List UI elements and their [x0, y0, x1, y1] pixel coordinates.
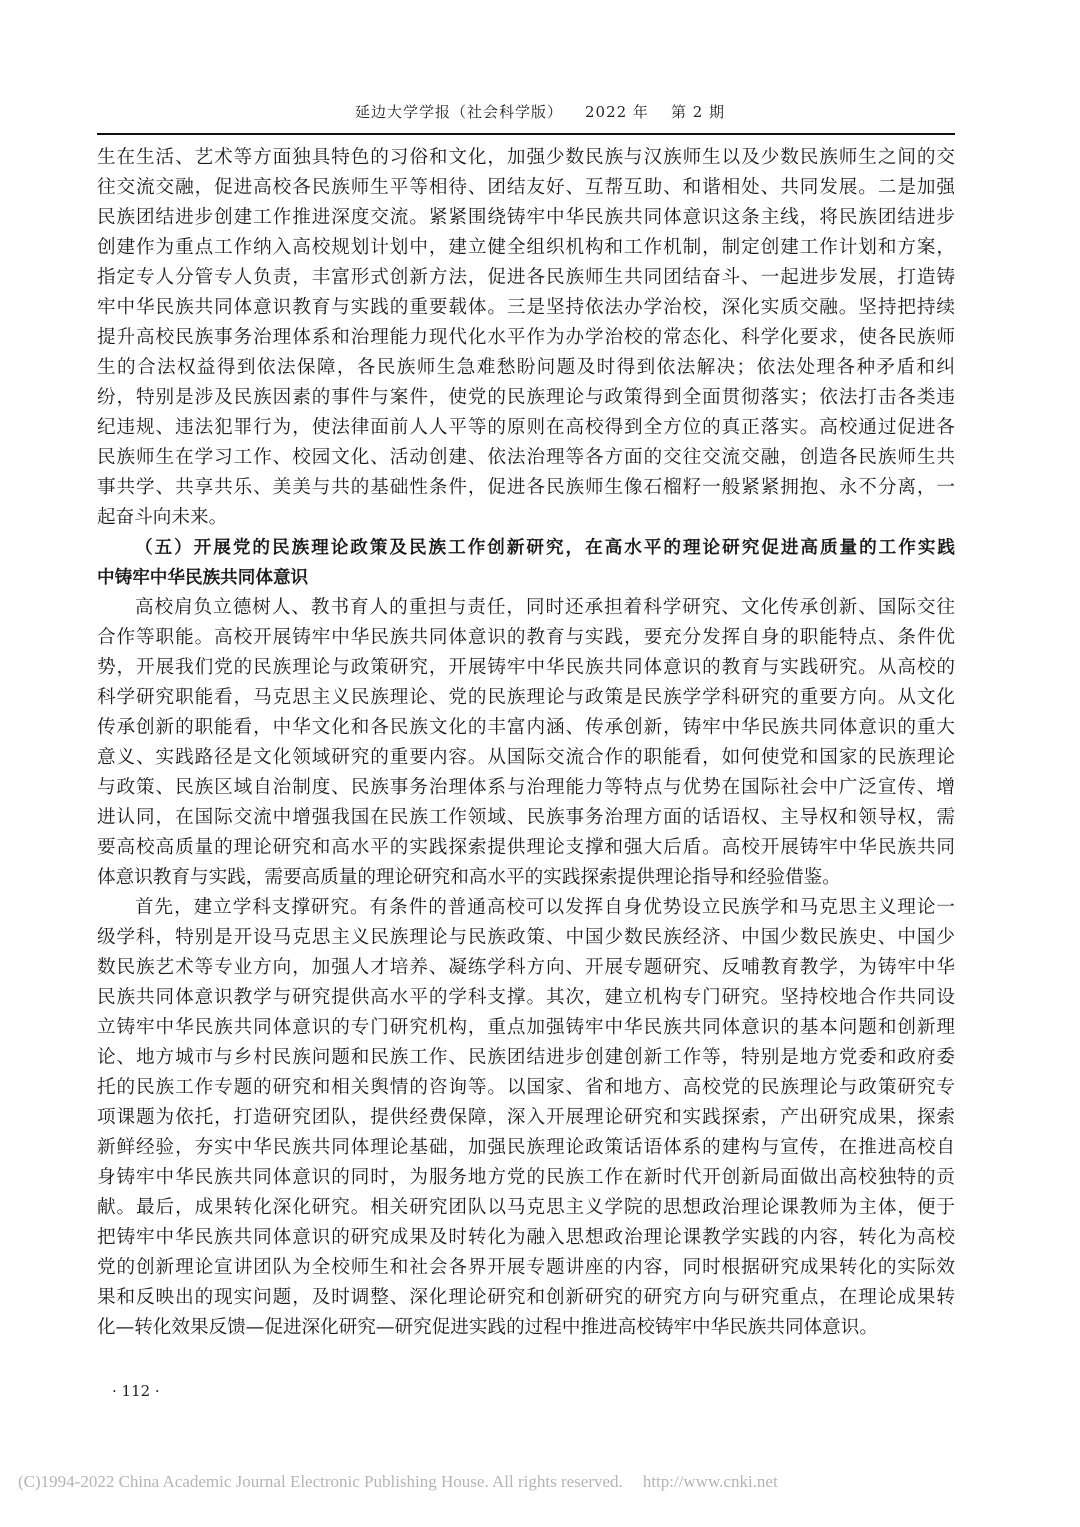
text-line: 化—转化效果反馈—促进深化研究—研究促进实践的过程中推进高校铸牢中华民族共同体意…	[97, 1313, 955, 1343]
text-line: 势，开展我们党的民族理论与政策研究，开展铸牢中华民族共同体意识的教育与实践研究。…	[97, 653, 955, 683]
text-line: 合作等职能。高校开展铸牢中华民族共同体意识的教育与实践，要充分发挥自身的职能特点…	[97, 623, 955, 653]
text-line: 民族团结进步创建工作推进深度交流。紧紧围绕铸牢中华民族共同体意识这条主线，将民族…	[97, 203, 955, 233]
text-line: 科学研究职能看，马克思主义民族理论、党的民族理论与政策是民族学学科研究的重要方向…	[97, 683, 955, 713]
text-line: 身铸牢中华民族共同体意识的同时，为服务地方党的民族工作在新时代开创新局面做出高校…	[97, 1163, 955, 1193]
text-line: 起奋斗向未来。	[97, 503, 955, 533]
cnki-url: http://www.cnki.net	[643, 1472, 778, 1491]
text-line: 立铸牢中华民族共同体意识的专门研究机构，重点加强铸牢中华民族共同体意识的基本问题…	[97, 1013, 955, 1043]
text-line: 传承创新的职能看，中华文化和各民族文化的丰富内涵、传承创新，铸牢中华民族共同体意…	[97, 713, 955, 743]
running-header: 延边大学学报（社会科学版）2022 年第 2 期	[0, 101, 1080, 122]
text-line: 把铸牢中华民族共同体意识的研究成果及时转化为融入思想政治理论课教学实践的内容，转…	[97, 1223, 955, 1253]
page-number: · 112 ·	[112, 1382, 160, 1400]
text-line: 生的合法权益得到依法保障，各民族师生急难愁盼问题及时得到依法解决；依法处理各种矛…	[97, 353, 955, 383]
text-line: 事共学、共享共乐、美美与共的基础性条件，促进各民族师生像石榴籽一般紧紧拥抱、永不…	[97, 473, 955, 503]
header-rule	[97, 133, 955, 135]
text-line: 论、地方城市与乡村民族问题和民族工作、民族团结进步创建创新工作等，特别是地方党委…	[97, 1043, 955, 1073]
text-line: 指定专人分管专人负责，丰富形式创新方法，促进各民族师生共同团结奋斗、一起进步发展…	[97, 263, 955, 293]
text-line: 创建作为重点工作纳入高校规划计划中，建立健全组织机构和工作机制，制定创建工作计划…	[97, 233, 955, 263]
text-line: 体意识教育与实践，需要高质量的理论研究和高水平的实践探索提供理论指导和经验借鉴。	[97, 863, 955, 893]
text-line: 民族师生在学习工作、校园文化、活动创建、依法治理等各方面的交往交流交融，创造各民…	[97, 443, 955, 473]
text-line: 托的民族工作专题的研究和相关舆情的咨询等。以国家、省和地方、高校党的民族理论与政…	[97, 1073, 955, 1103]
text-line: 进认同，在国际交流中增强我国在民族工作领域、民族事务治理方面的话语权、主导权和领…	[97, 803, 955, 833]
text-line: 项课题为依托，打造研究团队，提供经费保障，深入开展理论研究和实践探索，产出研究成…	[97, 1103, 955, 1133]
text-line: 献。最后，成果转化深化研究。相关研究团队以马克思主义学院的思想政治理论课教师为主…	[97, 1193, 955, 1223]
text-line: 级学科，特别是开设马克思主义民族理论与民族政策、中国少数民族经济、中国少数民族史…	[97, 923, 955, 953]
text-line: 提升高校民族事务治理体系和治理能力现代化水平作为办学治校的常态化、科学化要求，使…	[97, 323, 955, 353]
journal-issue: 第 2 期	[671, 103, 725, 121]
journal-year: 2022 年	[585, 103, 649, 121]
article-body: 生在生活、艺术等方面独具特色的习俗和文化，加强少数民族与汉族师生以及少数民族师生…	[97, 143, 955, 1343]
text-line: 生在生活、艺术等方面独具特色的习俗和文化，加强少数民族与汉族师生以及少数民族师生…	[97, 143, 955, 173]
copyright-text: (C)1994-2022 China Academic Journal Elec…	[18, 1472, 623, 1491]
text-line: 要高校高质量的理论研究和高水平的实践探索提供理论支撑和强大后盾。高校开展铸牢中华…	[97, 833, 955, 863]
copyright-footer: (C)1994-2022 China Academic Journal Elec…	[18, 1472, 778, 1492]
text-line: 果和反映出的现实问题，及时调整、深化理论研究和创新研究的研究方向与研究重点，在理…	[97, 1283, 955, 1313]
text-line: 数民族艺术等专业方向，加强人才培养、凝练学科方向、开展专题研究、反哺教育教学，为…	[97, 953, 955, 983]
text-line: 牢中华民族共同体意识教育与实践的重要载体。三是坚持依法办学治校，深化实质交融。坚…	[97, 293, 955, 323]
text-line: 高校肩负立德树人、教书育人的重担与责任，同时还承担着科学研究、文化传承创新、国际…	[97, 593, 955, 623]
text-line: 新鲜经验，夯实中华民族共同体理论基础，加强民族理论政策话语体系的建构与宣传，在推…	[97, 1133, 955, 1163]
section-heading: （五）开展党的民族理论政策及民族工作创新研究，在高水平的理论研究促进高质量的工作…	[97, 533, 955, 563]
text-line: 党的创新理论宣讲团队为全校师生和社会各界开展专题讲座的内容，同时根据研究成果转化…	[97, 1253, 955, 1283]
text-line: 民族共同体意识教学与研究提供高水平的学科支撑。其次，建立机构专门研究。坚持校地合…	[97, 983, 955, 1013]
text-line: 纷，特别是涉及民族因素的事件与案件，使党的民族理论与政策得到全面贯彻落实；依法打…	[97, 383, 955, 413]
text-line: 纪违规、违法犯罪行为，使法律面前人人平等的原则在高校得到全方位的真正落实。高校通…	[97, 413, 955, 443]
text-line: 意义、实践路径是文化领域研究的重要内容。从国际交流合作的职能看，如何使党和国家的…	[97, 743, 955, 773]
journal-title: 延边大学学报（社会科学版）	[355, 103, 563, 121]
text-line: 往交流交融，促进高校各民族师生平等相待、团结友好、互帮互助、和谐相处、共同发展。…	[97, 173, 955, 203]
text-line: 首先，建立学科支撑研究。有条件的普通高校可以发挥自身优势设立民族学和马克思主义理…	[97, 893, 955, 923]
text-line: 与政策、民族区域自治制度、民族事务治理体系与治理能力等特点与优势在国际社会中广泛…	[97, 773, 955, 803]
section-heading: 中铸牢中华民族共同体意识	[97, 563, 955, 593]
